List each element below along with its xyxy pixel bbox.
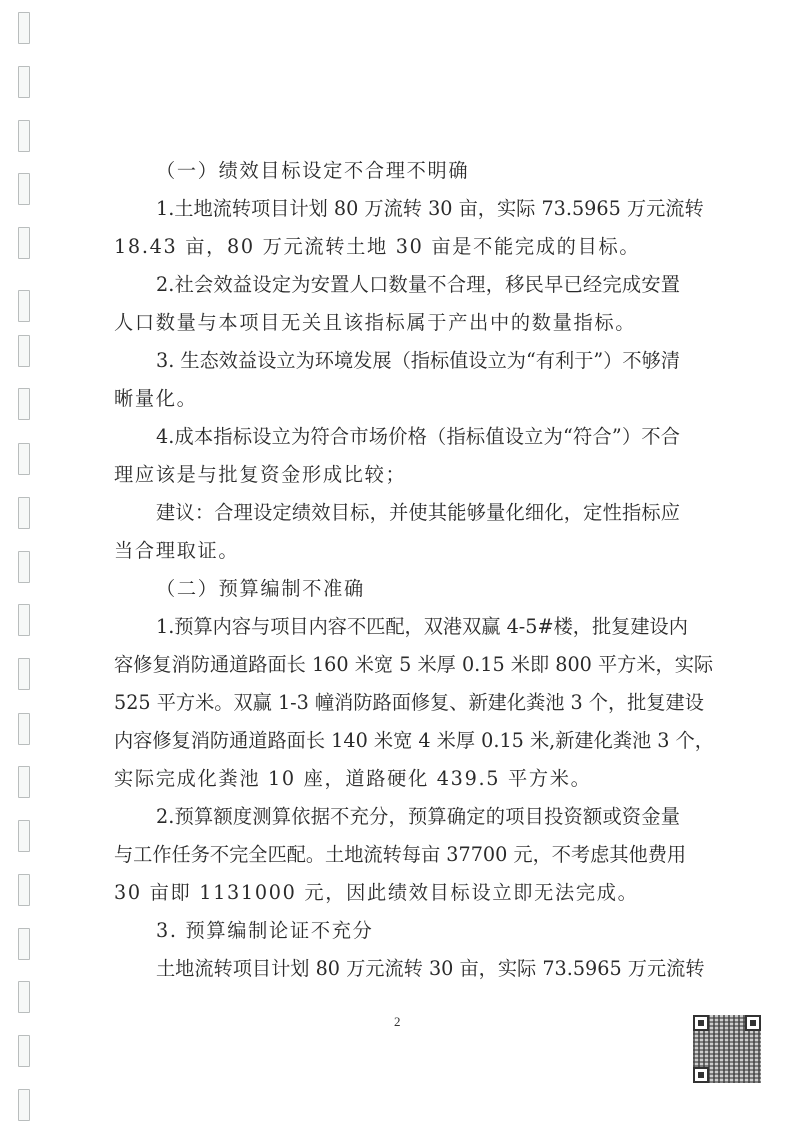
binding-holes — [18, 0, 30, 1123]
paragraph-line: 实际完成化粪池 10 座，道路硬化 439.5 平方米。 — [114, 760, 680, 798]
paragraph-line: 4.成本指标设立为符合市场价格（指标值设立为“符合”）不合 — [114, 418, 680, 456]
section-heading: （二）预算编制不准确 — [114, 570, 680, 608]
paragraph-line: 建议：合理设定绩效目标，并使其能够量化细化，定性指标应 — [114, 494, 680, 532]
paragraph-line: 当合理取证。 — [114, 532, 680, 570]
paragraph-line: 容修复消防通道路面长 160 米宽 5 米厚 0.15 米即 800 平方米，实… — [114, 646, 680, 684]
binding-hole — [18, 388, 30, 420]
paragraph: 2.社会效益设定为安置人口数量不合理，移民早已经完成安置 人口数量与本项目无关且… — [114, 266, 680, 342]
binding-hole — [18, 173, 30, 205]
binding-hole — [18, 497, 30, 529]
binding-hole — [18, 658, 30, 690]
paragraph-line: 30 亩即 1131000 元，因此绩效目标设立即无法完成。 — [114, 874, 680, 912]
binding-hole — [18, 120, 30, 152]
qr-finder-pattern — [693, 1067, 709, 1083]
qr-finder-pattern — [693, 1015, 709, 1031]
binding-hole — [18, 766, 30, 798]
binding-hole — [18, 335, 30, 367]
paragraph-line: 18.43 亩，80 万元流转土地 30 亩是不能完成的目标。 — [114, 228, 680, 266]
binding-hole — [18, 604, 30, 636]
paragraph: 1.土地流转项目计划 80 万流转 30 亩，实际 73.5965 万元流转 1… — [114, 190, 680, 266]
recommendation-paragraph: 建议：合理设定绩效目标，并使其能够量化细化，定性指标应 当合理取证。 — [114, 494, 680, 570]
qr-finder-pattern — [745, 1015, 761, 1031]
section-heading: （一）绩效目标设定不合理不明确 — [114, 152, 680, 190]
binding-hole — [18, 66, 30, 98]
paragraph-line: 土地流转项目计划 80 万元流转 30 亩，实际 73.5965 万元流转 — [114, 950, 680, 988]
paragraph: 1.预算内容与项目内容不匹配，双港双赢 4-5#楼，批复建设内 容修复消防通道路… — [114, 608, 680, 798]
binding-hole — [18, 981, 30, 1013]
paragraph-line: 人口数量与本项目无关且该指标属于产出中的数量指标。 — [114, 304, 680, 342]
paragraph: 3. 生态效益设立为环境发展（指标值设立为“有利于”）不够清 晰量化。 — [114, 342, 680, 418]
binding-hole — [18, 551, 30, 583]
page-number: 2 — [394, 1014, 401, 1030]
paragraph-line: 理应该是与批复资金形成比较； — [114, 456, 680, 494]
paragraph-line: 1.土地流转项目计划 80 万流转 30 亩，实际 73.5965 万元流转 — [114, 190, 680, 228]
document-body: （一）绩效目标设定不合理不明确 1.土地流转项目计划 80 万流转 30 亩，实… — [114, 152, 680, 988]
section-heading: 3. 预算编制论证不充分 — [114, 912, 680, 950]
binding-hole — [18, 928, 30, 960]
paragraph: 4.成本指标设立为符合市场价格（指标值设立为“符合”）不合 理应该是与批复资金形… — [114, 418, 680, 494]
paragraph-line: 晰量化。 — [114, 380, 680, 418]
binding-hole — [18, 443, 30, 475]
paragraph: 土地流转项目计划 80 万元流转 30 亩，实际 73.5965 万元流转 — [114, 950, 680, 988]
paragraph-line: 内容修复消防通道路面长 140 米宽 4 米厚 0.15 米,新建化粪池 3 个… — [114, 722, 680, 760]
paragraph-line: 1.预算内容与项目内容不匹配，双港双赢 4-5#楼，批复建设内 — [114, 608, 680, 646]
binding-hole — [18, 713, 30, 745]
paragraph-line: 2.社会效益设定为安置人口数量不合理，移民早已经完成安置 — [114, 266, 680, 304]
paragraph-line: 3. 生态效益设立为环境发展（指标值设立为“有利于”）不够清 — [114, 342, 680, 380]
paragraph: 2.预算额度测算依据不充分，预算确定的项目投资额或资金量 与工作任务不完全匹配。… — [114, 798, 680, 912]
qr-code — [693, 1015, 761, 1083]
paragraph-line: 525 平方米。双赢 1-3 幢消防路面修复、新建化粪池 3 个，批复建设 — [114, 684, 680, 722]
binding-hole — [18, 12, 30, 44]
binding-hole — [18, 1035, 30, 1067]
paragraph-line: 与工作任务不完全匹配。土地流转每亩 37700 元，不考虑其他费用 — [114, 836, 680, 874]
binding-hole — [18, 820, 30, 852]
binding-hole — [18, 1089, 30, 1121]
binding-hole — [18, 290, 30, 322]
binding-hole — [18, 227, 30, 259]
binding-hole — [18, 874, 30, 906]
paragraph-line: 2.预算额度测算依据不充分，预算确定的项目投资额或资金量 — [114, 798, 680, 836]
